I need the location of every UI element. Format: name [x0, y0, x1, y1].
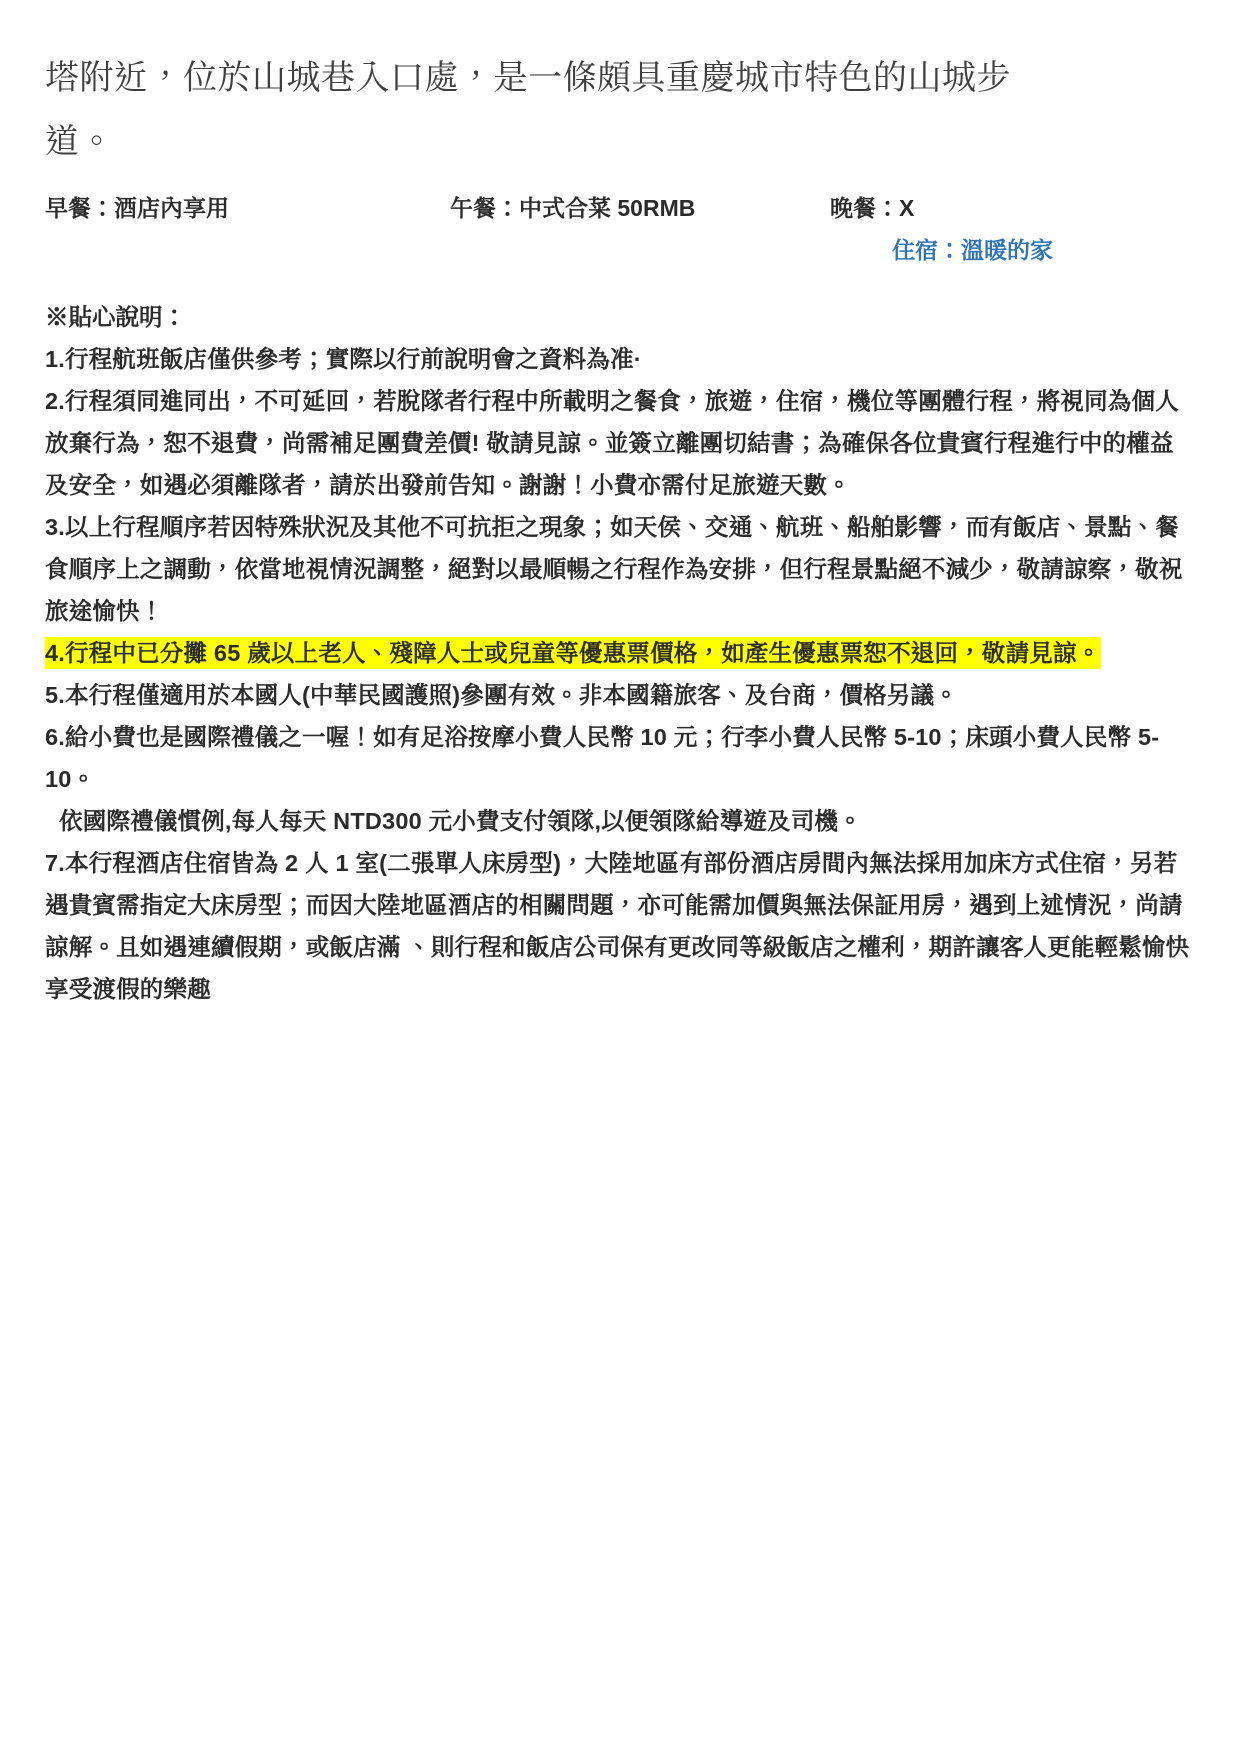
note-item-5: 5.本行程僅適用於本國人(中華民國護照)參團有效。非本國籍旅客、及台商，價格另議…: [45, 674, 1195, 716]
note-item-3: 3.以上行程順序若因特殊狀況及其他不可抗拒之現象；如天侯、交通、航班、船舶影響，…: [45, 506, 1195, 632]
note-item-6: 6.給小費也是國際禮儀之一喔！如有足浴按摩小費人民幣 10 元；行李小費人民幣 …: [45, 716, 1195, 800]
note-item-1: 1.行程航班飯店僅供參考；實際以行前說明會之資料為准·: [45, 338, 1195, 380]
note-tip-line: 依國際禮儀慣例,每人每天 NTD300 元小費支付領隊,以便領隊給導遊及司機。: [45, 800, 1195, 842]
note-item-4-highlighted-text: 4.行程中已分攤 65 歲以上老人、殘障人士或兒童等優惠票價格，如產生優惠票恕不…: [45, 637, 1101, 669]
notes-header: ※貼心說明：: [45, 296, 1195, 338]
intro-paragraph: 塔附近，位於山城巷入口處，是一條頗具重慶城市特色的山城步道。: [45, 46, 1030, 174]
note-item-2: 2.行程須同進同出，不可延回，若脫隊者行程中所載明之餐食，旅遊，住宿，機位等團體…: [45, 380, 1195, 506]
meals-row: 早餐：酒店內享用 午餐：中式合菜 50RMB 晚餐：X: [45, 188, 1195, 228]
meal-breakfast: 早餐：酒店內享用: [45, 188, 229, 228]
meal-lunch: 午餐：中式合菜 50RMB: [450, 188, 695, 228]
lodging-info: 住宿：溫暖的家: [45, 230, 1195, 270]
document-page: 塔附近，位於山城巷入口處，是一條頗具重慶城市特色的山城步道。 早餐：酒店內享用 …: [0, 0, 1240, 1755]
note-item-7: 7.本行程酒店住宿皆為 2 人 1 室(二張單人床房型)，大陸地區有部份酒店房間…: [45, 842, 1195, 1010]
note-item-4: 4.行程中已分攤 65 歲以上老人、殘障人士或兒童等優惠票價格，如產生優惠票恕不…: [45, 632, 1195, 674]
meal-dinner: 晚餐：X: [830, 188, 914, 228]
